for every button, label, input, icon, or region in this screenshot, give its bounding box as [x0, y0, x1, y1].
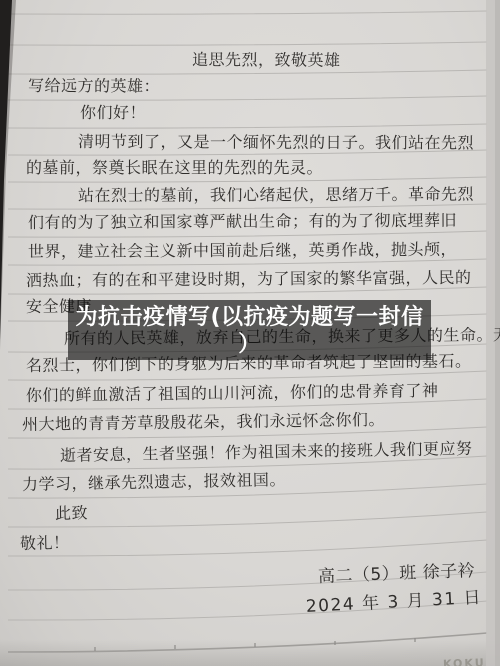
notebook-letter-photo: 追思先烈，致敬英雄 写给远方的英雄： 你们好！ 清明节到了，又是一个缅怀先烈的日…: [0, 0, 500, 666]
closing-cizhi: 此致: [55, 502, 88, 525]
caption-line-1: 为抗击疫情写(以抗疫为题写一封信: [75, 304, 423, 331]
letter-salutation: 写给远方的英雄：: [28, 75, 160, 98]
caption-line-2: ）: [238, 331, 261, 358]
body-line: 们有的为了独立和国家尊严献出生命；有的为了彻底埋葬旧: [28, 210, 457, 234]
body-line: 世界，建立社会主义新中国前赴后继，英勇作战，抛头颅，: [28, 239, 457, 263]
margin-tick-marks: [95, 638, 415, 651]
body-line: 洒热血；有的在和平建设时期，为了国家的繁华富强，人民的: [26, 267, 472, 292]
letter-greeting: 你们好！: [80, 102, 146, 124]
closing-jingli: 敬礼！: [20, 532, 70, 555]
letter-title: 追思先烈，致敬英雄: [192, 49, 341, 72]
body-line: 清明节到了，又是一个缅怀先烈的日子。我们站在先烈: [78, 131, 474, 154]
bottom-margin-line: [8, 633, 487, 652]
caption-overlay: 为抗击疫情写(以抗疫为题写一封信 ）: [68, 300, 431, 360]
body-line: 站在烈士的墓前，我们心绪起伏，思绪万千。革命先烈: [78, 184, 474, 207]
notebook-brand-watermark: KOKU: [443, 656, 486, 666]
body-line: 的墓前，祭奠长眠在这里的先烈的先灵。: [26, 157, 323, 179]
